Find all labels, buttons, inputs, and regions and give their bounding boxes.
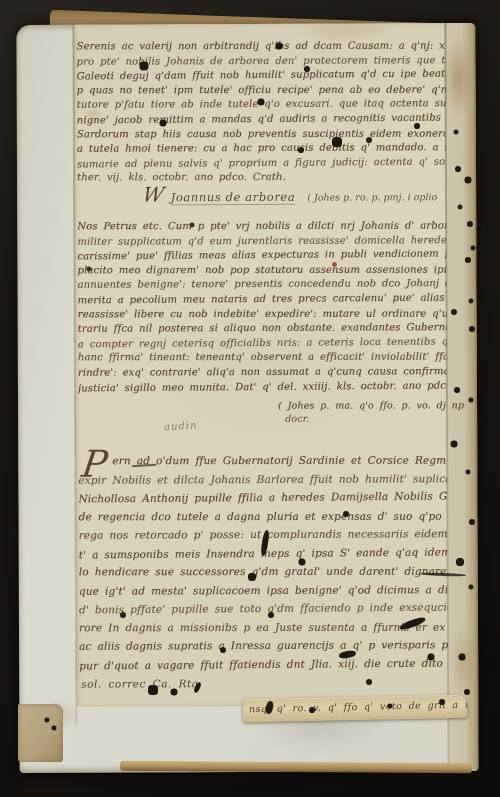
manuscript-line: pur d'quot a vagare ffuit ffatiendis dnt… [79,654,448,675]
manuscript-line: placito meo dignarem' nob pop statutoru … [77,263,446,278]
paragraph-2: Nos Petrus etc. Cum p pte' vrj nobilis a… [77,219,447,398]
manuscript-line: nigne' jacob remittim a mandas q'd audir… [77,111,446,128]
manuscript-line: Galeoti deguj q'dam ffuit nob humilit' s… [77,68,446,85]
manuscript-line: de regencia dco tutele a dagna pluria et… [79,507,448,526]
under-page-corner-patch [18,704,63,762]
manuscript-line: ern ad o'dum ffue Gubernatorij Sardinie … [78,452,447,471]
manuscript-line: que ig't' ad mesta' suplicacoem ipsa ben… [79,581,448,601]
manuscript-line: expir Nobilis et dilcta Johanis Barlorea… [78,470,447,490]
signature-name: Joannus de arborea [171,190,296,206]
manuscript-line: Nichollosa Anthonij pupille ffilia a her… [78,487,447,508]
registration-note: sol. correc Ca. Rta [81,678,198,691]
chancery-note-line: docr. [278,412,464,426]
manuscript-line: rindre': exq' contrarie' aliq'a non assu… [78,365,447,381]
chancery-note: ( Johes p. ro. p. pmj. i oplio [307,192,437,204]
manuscript-line: Sardorum stap hiis causa nob preventis s… [77,127,446,142]
manuscript-line: p quas no tenet' ipm tutele' officiu rec… [77,83,446,98]
manuscript-line: reassisse' libere cu nob indebite' exped… [78,307,447,322]
fore-edge-strip [446,23,478,771]
ink-blots [0,0,2,2]
manuscript-line: hanc ffirma' tineant: teneantq' observen… [78,351,447,366]
manuscript-line: Nos Petrus etc. Cum p pte' vrj nobilis a… [77,220,446,235]
manuscript-line: ac aliis dagnis supratis a Inressa guare… [79,636,448,656]
manuscript-line: rore In dagnis a missionibs p ea Juste s… [79,618,448,637]
paragraph-1: Serenis ac valerij non arbitrandij q'ibs… [76,39,446,189]
manuscript-photo: Serenis ac valerij non arbitrandij q'ibs… [0,0,500,797]
marginal-signature: audin [164,420,198,433]
paragraph-3: ern ad o'dum ffue Gubernatorij Sardinie … [78,451,448,677]
manuscript-line: Serenis ac valerij non arbitrandij q'ibs… [76,40,445,55]
manuscript-page: Serenis ac valerij non arbitrandij q'ibs… [16,23,478,773]
under-page-text-line: nsq' q' ro. v. q' ffo q' voto de gril a … [243,695,467,718]
flourish-initial: W [143,182,166,206]
manuscript-line: merita a pecolium meu nataris ad tres pr… [78,291,447,308]
under-page-text-strip: nsq' q' ro. v. q' ffo q' voto de gril a … [243,695,467,723]
rust-spot [332,262,337,267]
manuscript-line: justicia' sigillo meo munita. Dat' q' de… [78,379,447,396]
subscription-2: ( Johes p. ma. q'o ffo. p. vo. dj npl' a… [278,399,464,426]
manuscript-line: carissime' pue' ffilias meas alias expec… [77,248,446,265]
subscription-1: W Joannus de arborea ( Johes p. ro. p. p… [143,181,455,208]
manuscript-line: lo hendicare sue successores q'dm gratal… [79,563,448,582]
manuscript-line: d' bonis pffate' pupille sue toto q'dm f… [79,598,448,619]
chancery-note-line: ( Johes p. ma. q'o ffo. p. vo. dj npl' a… [278,399,464,412]
